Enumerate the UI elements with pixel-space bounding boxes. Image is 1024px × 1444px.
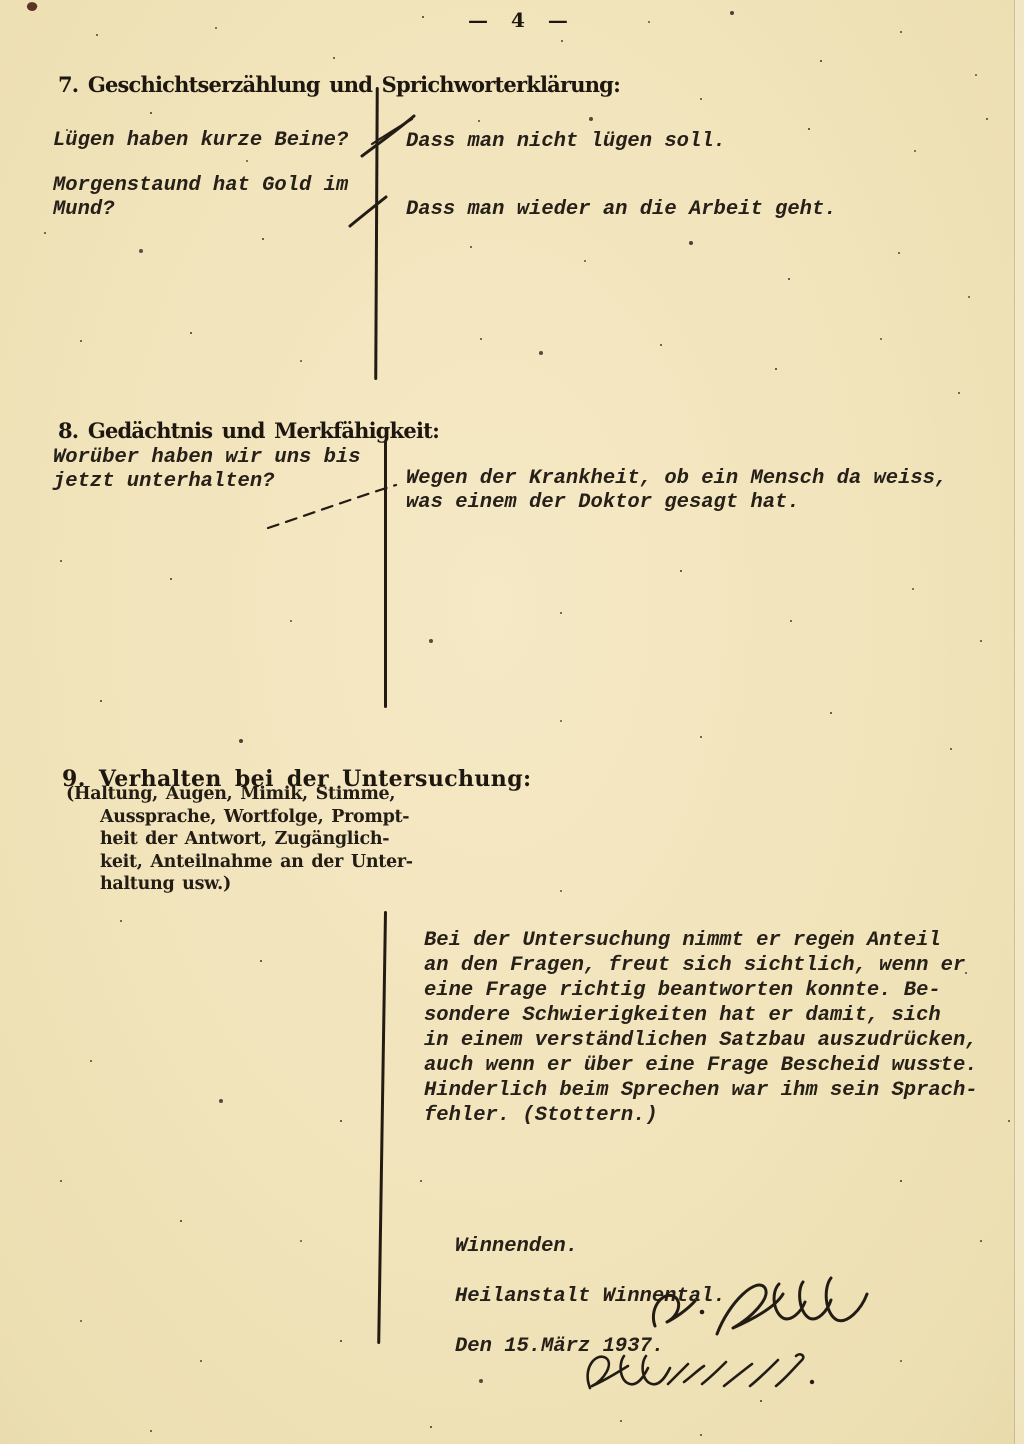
section-9-answer: Bei der Untersuchung nimmt er regen Ante…: [424, 928, 978, 1128]
section-9-divider-rule: [377, 911, 387, 1344]
handwritten-check-mark: [344, 192, 392, 232]
page-number: — 4 —: [468, 8, 572, 32]
closing-place: Winnenden.: [455, 1234, 726, 1259]
signature-physician: [645, 1270, 880, 1350]
handwritten-check-mark: [352, 106, 428, 166]
section-7-question-2: Morgenstaund hat Gold im Mund?: [53, 174, 348, 222]
section-7-answer-1: Dass man nicht lügen soll.: [406, 129, 726, 154]
section-7-heading: 7. Geschichtserzählung und Sprichworterk…: [58, 72, 620, 97]
section-7-question-1: Lügen haben kurze Beine?: [53, 128, 348, 153]
scan-edge-line: [1014, 0, 1015, 1444]
section-8-heading: 8. Gedächtnis und Merkfähigkeit:: [58, 418, 439, 443]
handwritten-dashed-check-mark: [264, 480, 402, 534]
section-9-printed-note: (Haltung, Augen, Mimik, Stimme, Aussprac…: [100, 783, 413, 896]
scanned-document-page: — 4 — 7. Geschichtserzählung und Sprichw…: [0, 0, 1024, 1444]
ink-blot: [26, 0, 39, 12]
paper-specks: [0, 0, 2, 2]
scan-edge-highlight: [1015, 0, 1024, 1444]
signature-title-handwritten: [580, 1342, 860, 1412]
section-7-answer-2: Dass man wieder an die Arbeit geht.: [406, 197, 837, 222]
section-8-answer-1: Wegen der Krankheit, ob ein Mensch da we…: [406, 467, 947, 515]
